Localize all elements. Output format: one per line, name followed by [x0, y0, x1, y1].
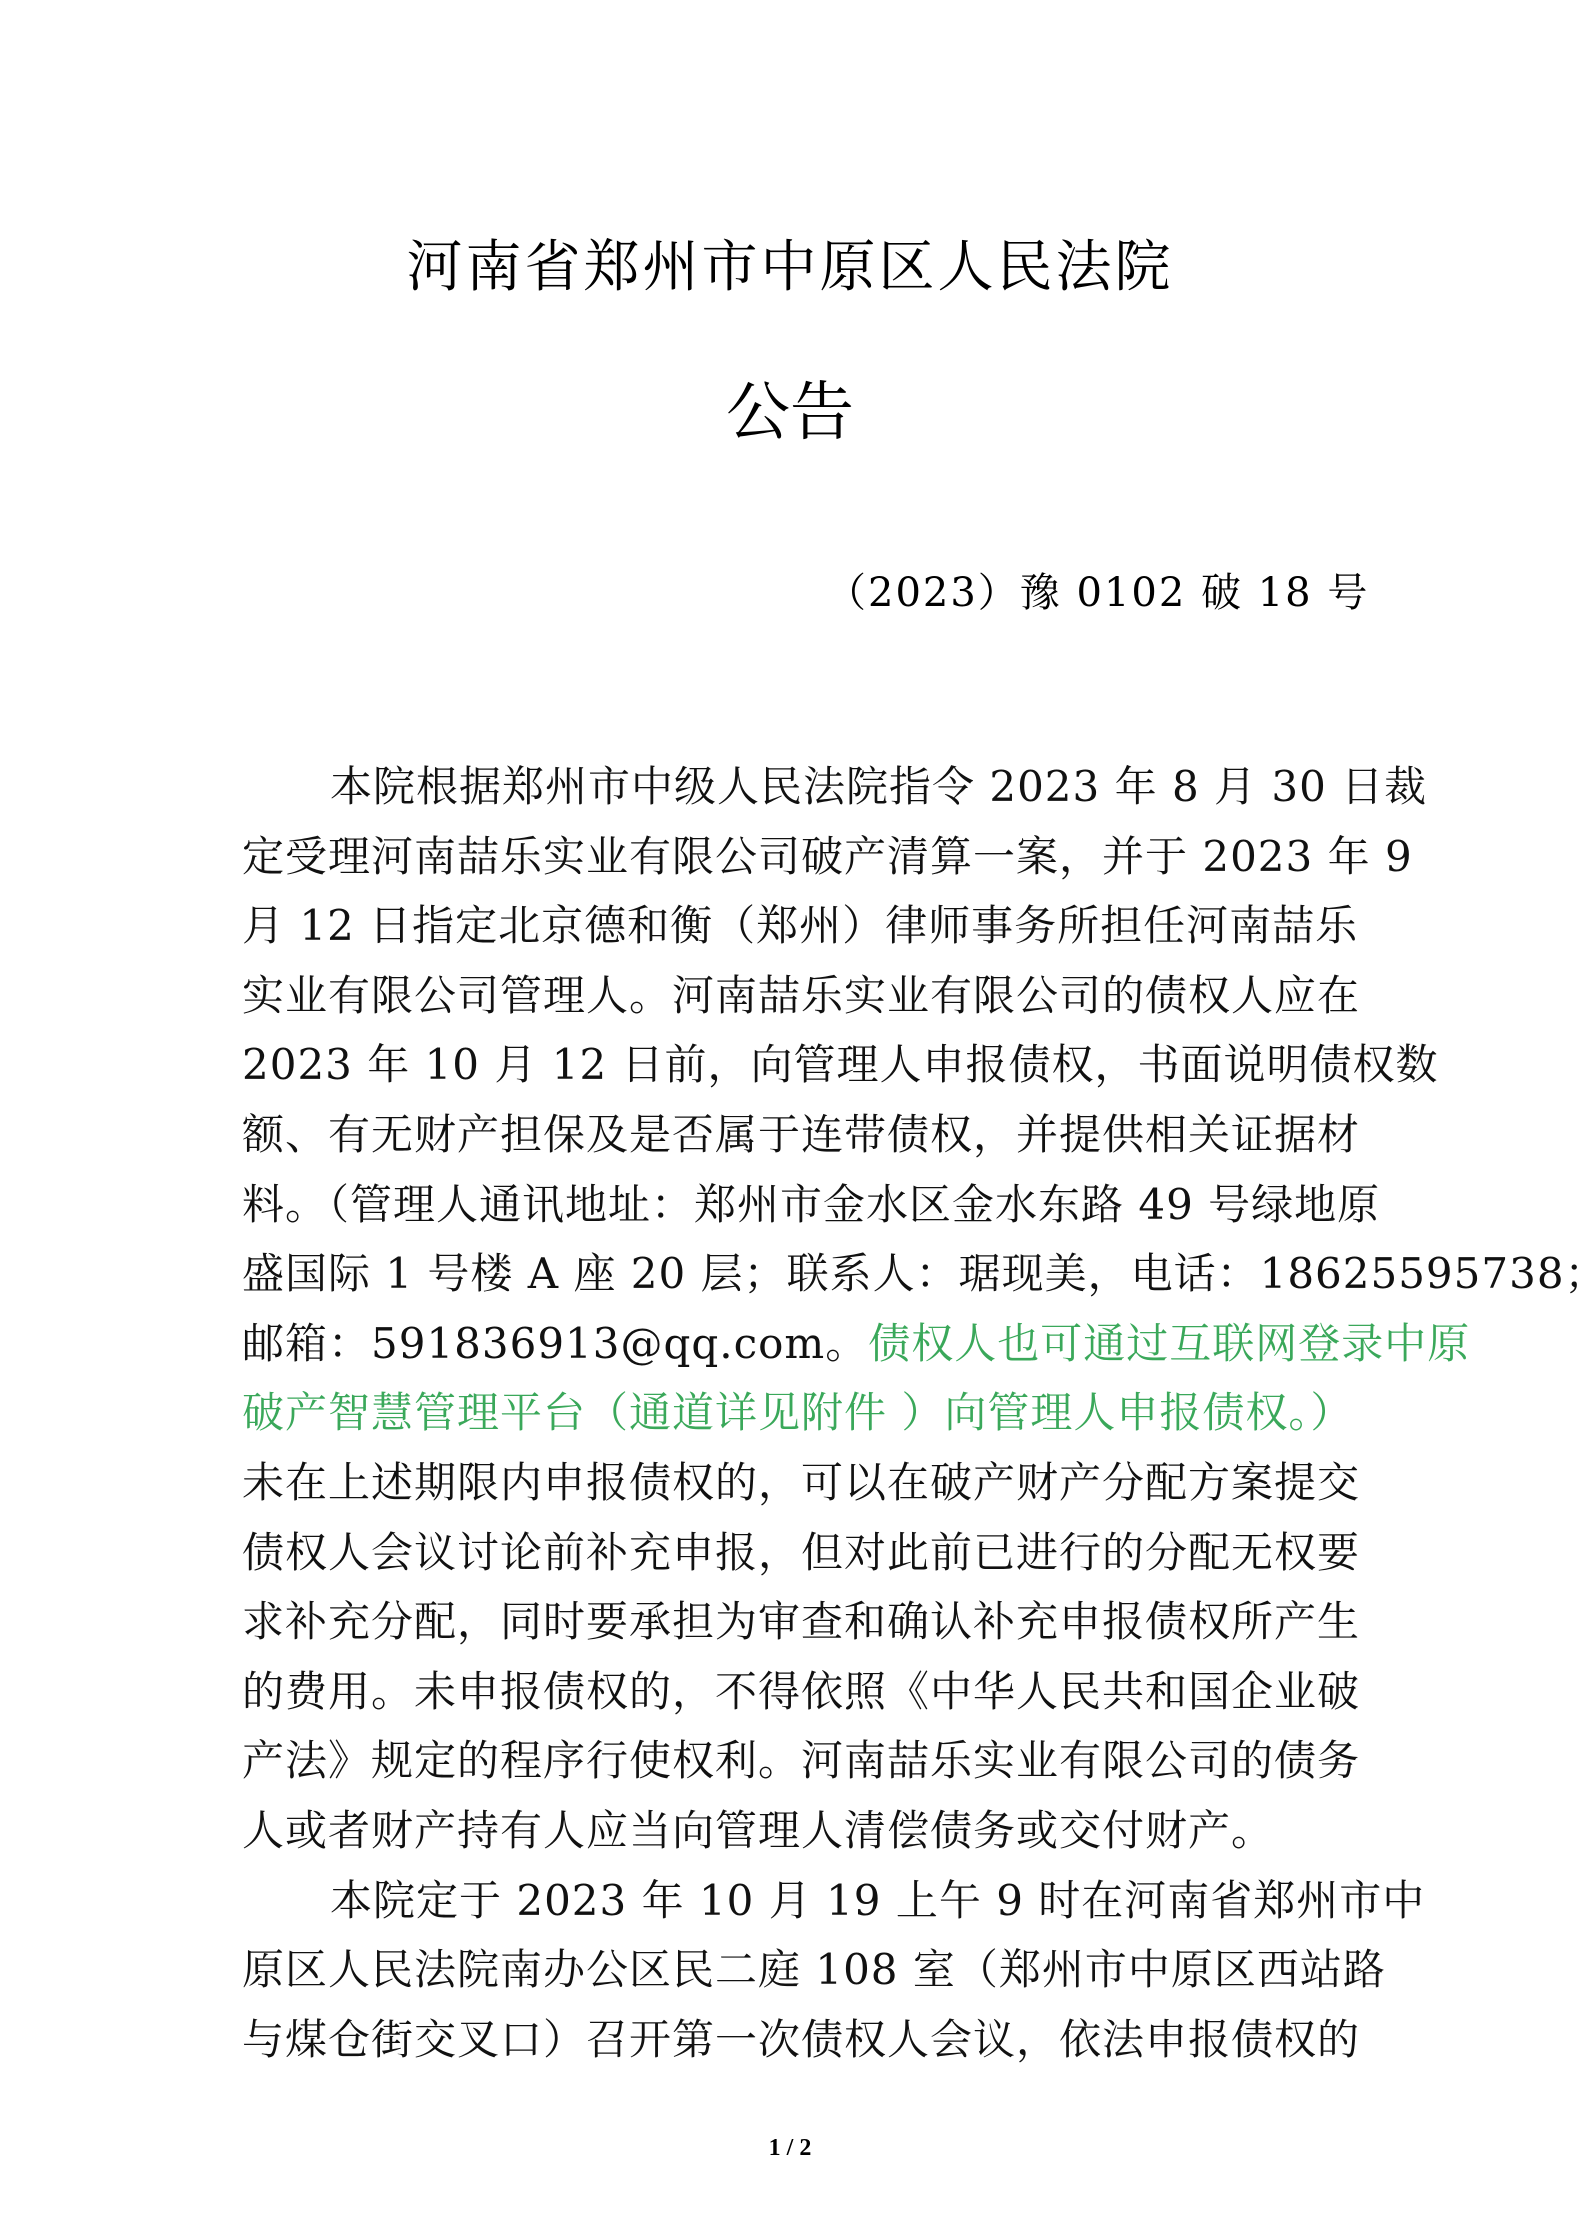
body-line: 与煤仓街交叉口）召开第一次债权人会议，依法申报债权的 [242, 2005, 1352, 2075]
court-name-heading: 河南省郑州市中原区人民法院 [0, 228, 1580, 308]
body-line: 本院定于 2023 年 10 月 19 上午 9 时在河南省郑州市中 [242, 1866, 1352, 1936]
body-line-email: 邮箱：591836913@qq.com。债权人也可通过互联网登录中原 [242, 1309, 1352, 1379]
case-number: （2023）豫 0102 破 18 号 [826, 565, 1369, 621]
online-filing-note: 债权人也可通过互联网登录中原 [868, 1319, 1470, 1368]
notice-title: 公告 [0, 368, 1580, 458]
body-line: 未在上述期限内申报债权的，可以在破产财产分配方案提交 [242, 1448, 1352, 1518]
body-line: 本院根据郑州市中级人民法院指令 2023 年 8 月 30 日裁 [242, 752, 1352, 822]
body-line: 定受理河南喆乐实业有限公司破产清算一案，并于 2023 年 9 [242, 822, 1352, 892]
body-line: 实业有限公司管理人。河南喆乐实业有限公司的债权人应在 [242, 961, 1352, 1031]
body-line: 的费用。未申报债权的，不得依照《中华人民共和国企业破 [242, 1657, 1352, 1727]
body-line: 2023 年 10 月 12 日前，向管理人申报债权，书面说明债权数 [242, 1030, 1352, 1100]
email-text: 邮箱：591836913@qq.com。 [242, 1319, 868, 1368]
body-line: 人或者财产持有人应当向管理人清偿债务或交付财产。 [242, 1796, 1352, 1866]
body-line: 月 12 日指定北京德和衡（郑州）律师事务所担任河南喆乐 [242, 891, 1352, 961]
online-filing-note-continued: 破产智慧管理平台（通道详见附件 ）向管理人申报债权。） [242, 1378, 1352, 1448]
body-line: 料。（管理人通讯地址：郑州市金水区金水东路 49 号绿地原 [242, 1170, 1352, 1240]
notice-body: 本院根据郑州市中级人民法院指令 2023 年 8 月 30 日裁 定受理河南喆乐… [242, 752, 1352, 2074]
document-page: 河南省郑州市中原区人民法院 公告 （2023）豫 0102 破 18 号 本院根… [0, 0, 1580, 2238]
page-number: 1 / 2 [0, 2128, 1580, 2168]
body-line: 债权人会议讨论前补充申报，但对此前已进行的分配无权要 [242, 1518, 1352, 1588]
body-line: 原区人民法院南办公区民二庭 108 室（郑州市中原区西站路 [242, 1935, 1352, 2005]
body-line: 求补充分配，同时要承担为审查和确认补充申报债权所产生 [242, 1587, 1352, 1657]
body-line: 额、有无财产担保及是否属于连带债权，并提供相关证据材 [242, 1100, 1352, 1170]
body-line: 产法》规定的程序行使权利。河南喆乐实业有限公司的债务 [242, 1726, 1352, 1796]
body-line: 盛国际 1 号楼 A 座 20 层；联系人：琚现美，电话：18625595738… [242, 1239, 1352, 1309]
